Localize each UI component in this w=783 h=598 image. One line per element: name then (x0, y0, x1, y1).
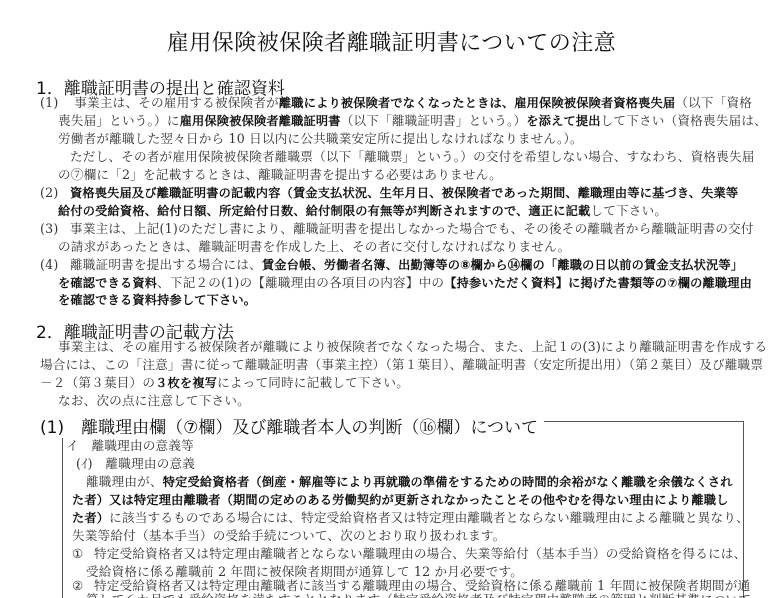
s2-line2: 場合には、この「注意」書に従って離職証明書（事業主控）（第１葉目）、離職証明書（… (40, 356, 763, 374)
bold-text: 【持参いただく資料】に掲げた書類等の⑦欄の離職理由 (444, 276, 752, 290)
bold-text: た者） (72, 511, 109, 525)
bold-text: 特定受給資格者（倒産・解雇等により再就職の準備をするための時間的余裕がなく離職を… (163, 475, 733, 489)
s1-item4-line3: を確認できる資料持参して下さい。 (58, 291, 256, 309)
subsection-heading: (1) 離職理由欄（⑦欄）及び離職者本人の判断（⑯欄）について (40, 413, 544, 438)
item-number: (3) (40, 220, 70, 238)
box-frame-top (535, 421, 744, 422)
s2-line3: －２（第３葉目）の３枚を複写によって同時に記載して下さい。 (40, 374, 409, 392)
document-title: 雇用保険被保険者離職証明書についての注意 (0, 26, 783, 57)
box-frame-left (62, 437, 63, 598)
bold-text: を添えて提出 (526, 114, 600, 128)
s1-item4-line2: を確認できる資料、下記２の(1)の【離職理由の各項目の内容】中の【持参いただく資… (58, 274, 752, 292)
item-number: (1) (40, 94, 70, 112)
text: 離職理由が、 (86, 474, 163, 489)
text: して下さい（資格喪失届は、 (601, 113, 767, 128)
text: 喪失届」という。）に (58, 113, 180, 128)
point-2-line2: 算して６か月でも受給資格を満たすこととなります（特定受給資格者及び特定理由離職者… (86, 591, 751, 598)
s1-item1-line3: 労働者が離職した翌々日から 10 日以内に公共職業安定所に提出しなければなりませ… (58, 130, 583, 148)
bold-text: 離職により被保険者でなくなったときは、雇用保険被保険者資格喪失届 (279, 96, 675, 110)
sub-para-line1: 離職理由が、特定受給資格者（倒産・解雇等により再就職の準備をするための時間的余裕… (86, 473, 733, 491)
text: 事業主は、上記(1)のただし書により、離職証明書を提出しなかった場合でも、その後… (70, 221, 754, 236)
text: 特定受給資格者又は特定理由離職者とならない離職理由の場合、失業等給付（基本手当）… (94, 546, 746, 561)
bold-text: を確認できる資料持参して下さい。 (58, 293, 256, 307)
point-1-line1: ①特定受給資格者又は特定理由離職者とならない離職理由の場合、失業等給付（基本手当… (72, 545, 746, 563)
sub-para-line4: 失業等給付（基本手当）の受給手続について、次のとおり取り扱われます。 (72, 527, 505, 545)
sub-para-line3: た者）に該当するものである場合には、特定受給資格者又は特定理由離職者とならない離… (72, 509, 749, 527)
bold-text: 給付の受給資格、給付日額、所定給付日数、給付制限の有無等が判断されますので、適正… (58, 204, 590, 218)
text: に該当するものである場合には、特定受給資格者又は特定理由離職者とならない離職理由… (109, 510, 749, 525)
bold-text: ３枚を複写 (155, 376, 217, 390)
bold-text: 資格喪失届及び離職証明書の記載内容（賃金支払状況、生年月日、被保険者であった期間… (70, 186, 738, 200)
bold-text: を確認できる資料 (58, 276, 157, 290)
text: によって同時に記載して下さい。 (217, 375, 409, 390)
s1-item1-line2: 喪失届」という。）に雇用保険被保険者離職証明書（以下「離職証明書」という。）を添… (58, 112, 767, 130)
s2-line4: なお、次の点に注意して下さい。 (58, 392, 250, 410)
sub-ii-label: (ｲ) 離職理由の意義 (76, 455, 195, 473)
text: 、下記２の(1)の【離職理由の各項目の内容】中の (157, 275, 444, 290)
sub-para-line2: た者）又は特定理由離職者（期間の定めのある労働契約が更新されなかったことその他や… (72, 491, 729, 509)
text: 離職証明書を提出する場合には、 (70, 257, 262, 272)
s2-line1: 事業主は、その雇用する被保険者が離職により被保険者でなくなった場合、また、上記１… (58, 338, 767, 356)
text: 事業主は、その雇用する被保険者が (74, 95, 279, 110)
text: （以下「離職証明書」という。） (341, 113, 527, 128)
s1-item2-line2: 給付の受給資格、給付日額、所定給付日数、給付制限の有無等が判断されますので、適正… (58, 202, 667, 220)
sub-i-label: イ 離職理由の意義等 (66, 437, 194, 455)
s1-item4-line1: (4)離職証明書を提出する場合には、賃金台帳、労働者名簿、出勤簿等の⑧欄から⑭欄… (40, 256, 743, 274)
bold-text: 賃金台帳、労働者名簿、出勤簿等の⑧欄から⑭欄の「離職の日以前の賃金支払状況等」 (262, 258, 743, 272)
s1-item2-line1: (2)資格喪失届及び離職証明書の記載内容（賃金支払状況、生年月日、被保険者であっ… (40, 184, 738, 202)
s1-item1-line4: ただし、その者が雇用保険被保険者離職票（以下「離職票」という。）の交付を希望しな… (70, 148, 755, 166)
circled-number: ① (72, 545, 94, 563)
s1-item1-line1: (1) 事業主は、その雇用する被保険者が離職により被保険者でなくなったときは、雇… (40, 94, 752, 112)
bold-text: た者）又は特定理由離職者（期間の定めのある労働契約が更新されなかったことその他や… (72, 493, 729, 507)
s1-item3-line2: の請求があったときは、離職証明書を作成した上、その者に交付しなければなりません。 (58, 238, 570, 256)
bold-text: 雇用保険被保険者離職証明書 (180, 114, 341, 128)
text: して下さい。 (590, 203, 667, 218)
text: （以下「資格 (675, 95, 752, 110)
s1-item3-line1: (3)事業主は、上記(1)のただし書により、離職証明書を提出しなかった場合でも、… (40, 220, 754, 238)
item-number: (4) (40, 256, 70, 274)
text: －２（第３葉目）の (40, 375, 155, 390)
item-number: (2) (40, 184, 70, 202)
s1-item1-line5: の⑦欄に「2」を記載するときは、離職証明書を提出する必要はありません。 (58, 166, 502, 184)
